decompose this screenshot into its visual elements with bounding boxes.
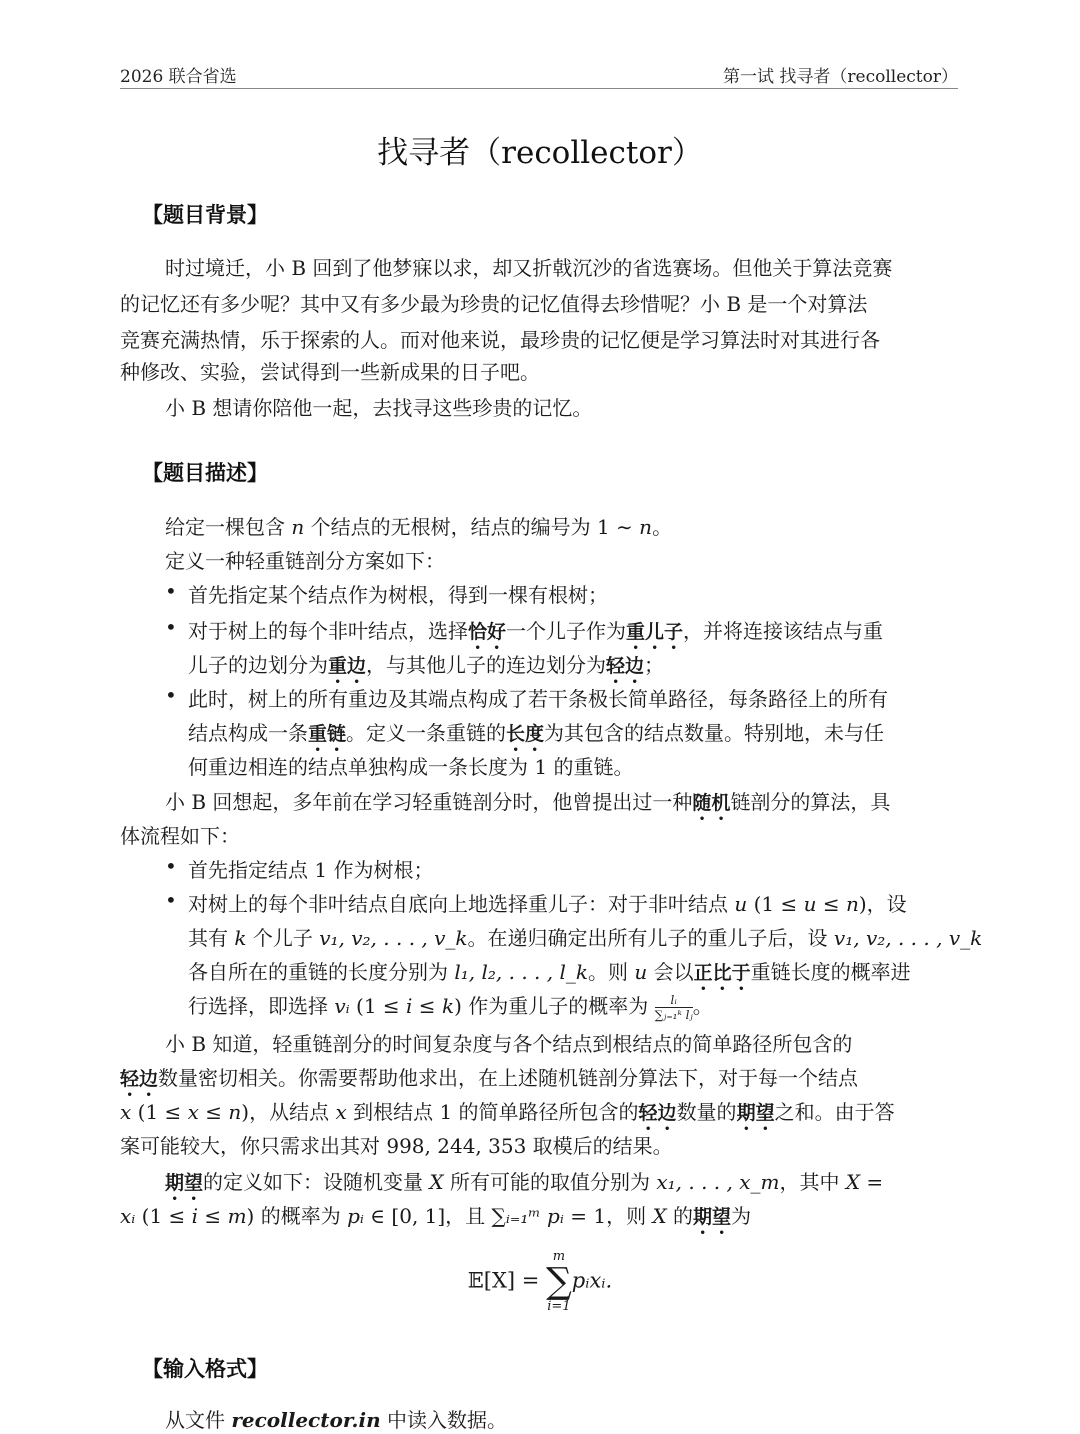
- text: ，并将连接该结点与重: [683, 619, 883, 643]
- fraction-denominator: ∑ⱼ₌₁ᵏ lⱼ: [655, 1008, 693, 1022]
- math: x: [120, 1100, 131, 1124]
- text: ) 的概率为: [247, 1204, 348, 1228]
- text: 从文件: [165, 1408, 231, 1432]
- emphasis-term: 轻边: [639, 1102, 677, 1124]
- text: 链剖分的算法，具: [730, 790, 890, 814]
- probability-fraction: lᵢ∑ⱼ₌₁ᵏ lⱼ: [655, 994, 693, 1022]
- background-line-5: 小 B 想请你陪他一起，去找寻这些珍贵的记忆。: [165, 392, 592, 421]
- math: u: [734, 892, 747, 916]
- emphasis-term: 恰好: [468, 621, 506, 643]
- text: 儿子的边划分为: [188, 653, 328, 677]
- background-line-4: 种修改、实验，尝试得到一些新成果的日子吧。: [120, 356, 540, 385]
- algo-bullet-2-line-1: 对树上的每个非叶结点自底向上地选择重儿子：对于非叶结点 u (1 ≤ u ≤ n…: [188, 888, 907, 917]
- text: 结点构成一条: [188, 721, 308, 745]
- emphasis-term: 期望: [165, 1172, 203, 1194]
- text: 为其包含的结点数量。特别地，未与任: [544, 721, 884, 745]
- text: 各自所在的重链的长度分别为: [188, 960, 454, 984]
- math: X: [652, 1204, 666, 1228]
- header-divider: [120, 88, 958, 89]
- text: )，从结点: [241, 1100, 335, 1124]
- text: 之和。由于答: [775, 1100, 895, 1124]
- text: ∈ [0, 1]，且: [364, 1204, 492, 1228]
- text: 到根结点 1 的简单路径所包含的: [347, 1100, 639, 1124]
- emphasis-term: 长度: [506, 723, 544, 745]
- math: =: [860, 1170, 883, 1194]
- formula-rhs: pᵢxᵢ.: [572, 1269, 612, 1293]
- sum-lower-bound: i=1: [546, 1300, 572, 1314]
- bullet-icon: •: [165, 683, 177, 707]
- math: u: [634, 960, 647, 984]
- recall-line-2: 体流程如下：: [120, 820, 240, 849]
- emphasis-term: 随机: [692, 792, 730, 814]
- text: 。: [652, 515, 672, 539]
- math: n: [846, 892, 859, 916]
- emphasis-term: 重链: [308, 723, 346, 745]
- text: 个儿子: [246, 926, 319, 950]
- algo-bullet-2-line-2: 其有 k 个儿子 v₁, v₂, . . . , v_k。在递归确定出所有儿子的…: [188, 922, 982, 951]
- text: 一个儿子作为: [506, 619, 626, 643]
- background-line-2: 的记忆还有多少呢？其中又有多少最为珍贵的记忆值得去珍惜呢？小 B 是一个对算法: [120, 288, 867, 317]
- bullet-3-line-1: 此时，树上的所有重边及其端点构成了若干条极长简单路径，每条路径上的所有: [188, 683, 888, 712]
- text: ) 作为重儿子的概率为: [454, 994, 655, 1018]
- complexity-line-1: 小 B 知道，轻重链剖分的时间复杂度与各个结点到根结点的简单路径所包含的: [165, 1028, 852, 1057]
- text: )，设: [859, 892, 907, 916]
- background-line-1: 时过境迁，小 B 回到了他梦寐以求，却又折戟沉沙的省选赛场。但他关于算法竞赛: [165, 252, 892, 281]
- section-heading-background: 【题目背景】: [142, 199, 268, 229]
- text: 。在递归确定出所有儿子的重儿子后，设: [468, 926, 834, 950]
- running-header: 2026 联合省选 第一试 找寻者（recollector）: [120, 62, 958, 88]
- math: m: [228, 1204, 247, 1228]
- fraction-numerator: lᵢ: [655, 994, 693, 1008]
- math: k: [234, 926, 246, 950]
- input-line: 从文件 recollector.in 中读入数据。: [165, 1404, 507, 1433]
- text: 。: [693, 994, 713, 1018]
- math: v₁, v₂, . . . , v_k: [319, 926, 467, 950]
- math: ≤: [817, 892, 846, 916]
- bullet-1-line-1: 首先指定某个结点作为树根，得到一棵有根树；: [188, 579, 608, 608]
- math: X: [429, 1170, 443, 1194]
- text: 为: [731, 1204, 751, 1228]
- math: l₁, l₂, . . . , l_k: [454, 960, 588, 984]
- text: 。定义一条重链的: [346, 721, 506, 745]
- math: v₁, v₂, . . . , v_k: [834, 926, 982, 950]
- text: 。则: [588, 960, 634, 984]
- emphasis-term: 重儿子: [626, 621, 683, 643]
- bullet-3-line-3: 何重边相连的结点单独构成一条长度为 1 的重链。: [188, 751, 633, 780]
- emphasis-term: 正比于: [694, 962, 751, 984]
- math: k: [442, 994, 454, 1018]
- emphasis-term: 轻边: [120, 1068, 158, 1090]
- emphasis-term: 重边: [328, 655, 366, 677]
- math: (1 ≤: [747, 892, 803, 916]
- emphasis-term: 期望: [737, 1102, 775, 1124]
- text: 所有可能的取值分别为: [444, 1170, 657, 1194]
- bullet-icon: •: [165, 579, 177, 603]
- text: 中读入数据。: [381, 1408, 507, 1432]
- math: ≤: [199, 1100, 228, 1124]
- math: ≤: [198, 1204, 227, 1228]
- text: 个结点的无根树，结点的编号为 1 ∼: [304, 515, 639, 539]
- header-contest-name: 2026 联合省选: [120, 62, 237, 87]
- text: 小 B 回想起，多年前在学习轻重链剖分时，他曾提出过一种: [165, 790, 692, 814]
- description-intro-line: 给定一棵包含 n 个结点的无根树，结点的编号为 1 ∼ n。: [165, 511, 672, 540]
- sigma-symbol: ∑: [546, 1264, 572, 1300]
- text: 对于树上的每个非叶结点，选择: [188, 619, 468, 643]
- complexity-line-4: 案可能较大，你只需求出其对 998, 244, 353 取模后的结果。: [120, 1130, 673, 1159]
- header-problem-name: 第一试 找寻者（recollector）: [723, 62, 958, 87]
- text: 行选择，即选择: [188, 994, 334, 1018]
- section-heading-input: 【输入格式】: [142, 1353, 268, 1383]
- bullet-icon: •: [165, 615, 177, 639]
- section-heading-description: 【题目描述】: [142, 457, 268, 487]
- text: 其有: [188, 926, 234, 950]
- problem-title: 找寻者（recollector）: [0, 127, 1080, 172]
- bullet-icon: •: [165, 888, 177, 912]
- text: = 1，则: [564, 1204, 653, 1228]
- math: u: [804, 892, 817, 916]
- text: 数量的: [677, 1100, 737, 1124]
- math: ∑ᵢ₌₁ᵐ pᵢ: [492, 1204, 564, 1228]
- bullet-icon: •: [165, 854, 177, 878]
- math: pᵢ: [347, 1204, 364, 1228]
- background-line-3: 竞赛充满热情，乐于探索的人。而对他来说，最珍贵的记忆便是学习算法时对其进行各: [120, 324, 880, 353]
- math: (1 ≤: [135, 1204, 191, 1228]
- math: ≤: [412, 994, 441, 1018]
- math: x: [335, 1100, 346, 1124]
- emphasis-term: 期望: [693, 1206, 731, 1228]
- text: 会以: [647, 960, 693, 984]
- math: vᵢ: [334, 994, 349, 1018]
- input-file-name: recollector.in: [231, 1408, 380, 1432]
- text: 数量密切相关。你需要帮助他求出，在上述随机链剖分算法下，对于每一个结点: [158, 1066, 858, 1090]
- text: 重链长度的概率进: [751, 960, 911, 984]
- algo-bullet-1: 首先指定结点 1 作为树根；: [188, 854, 433, 883]
- summation: m∑i=1: [546, 1250, 572, 1314]
- text: 的定义如下：设随机变量: [203, 1170, 429, 1194]
- text: 给定一棵包含: [165, 515, 291, 539]
- math: xᵢ: [120, 1204, 135, 1228]
- text: 的: [667, 1204, 693, 1228]
- math: n: [228, 1100, 241, 1124]
- math: (1 ≤: [131, 1100, 187, 1124]
- math: (1 ≤: [350, 994, 406, 1018]
- math: x₁, . . . , x_m: [656, 1170, 779, 1194]
- problem-statement-page: 2026 联合省选 第一试 找寻者（recollector） 找寻者（recol…: [0, 0, 1080, 1434]
- description-definition-line: 定义一种轻重链剖分方案如下：: [165, 545, 445, 574]
- math: x: [188, 1100, 199, 1124]
- expectation-formula: 𝔼[X] = m∑i=1pᵢxᵢ.: [0, 1250, 1080, 1314]
- math-n: n: [291, 515, 304, 539]
- emphasis-term: 轻边: [606, 655, 644, 677]
- algo-bullet-2-line-4: 行选择，即选择 vᵢ (1 ≤ i ≤ k) 作为重儿子的概率为 lᵢ∑ⱼ₌₁ᵏ…: [188, 990, 713, 1022]
- text: ；: [644, 653, 664, 677]
- math-n: n: [639, 515, 652, 539]
- text: 对树上的每个非叶结点自底向上地选择重儿子：对于非叶结点: [188, 892, 734, 916]
- formula-lhs: 𝔼[X] =: [468, 1269, 546, 1293]
- recall-line-1: 小 B 回想起，多年前在学习轻重链剖分时，他曾提出过一种随机链剖分的算法，具: [165, 786, 890, 825]
- text: ，与其他儿子的连边划分为: [366, 653, 606, 677]
- math: X: [846, 1170, 860, 1194]
- text: ，其中: [779, 1170, 845, 1194]
- expectation-line-2: xᵢ (1 ≤ i ≤ m) 的概率为 pᵢ ∈ [0, 1]，且 ∑ᵢ₌₁ᵐ …: [120, 1200, 751, 1239]
